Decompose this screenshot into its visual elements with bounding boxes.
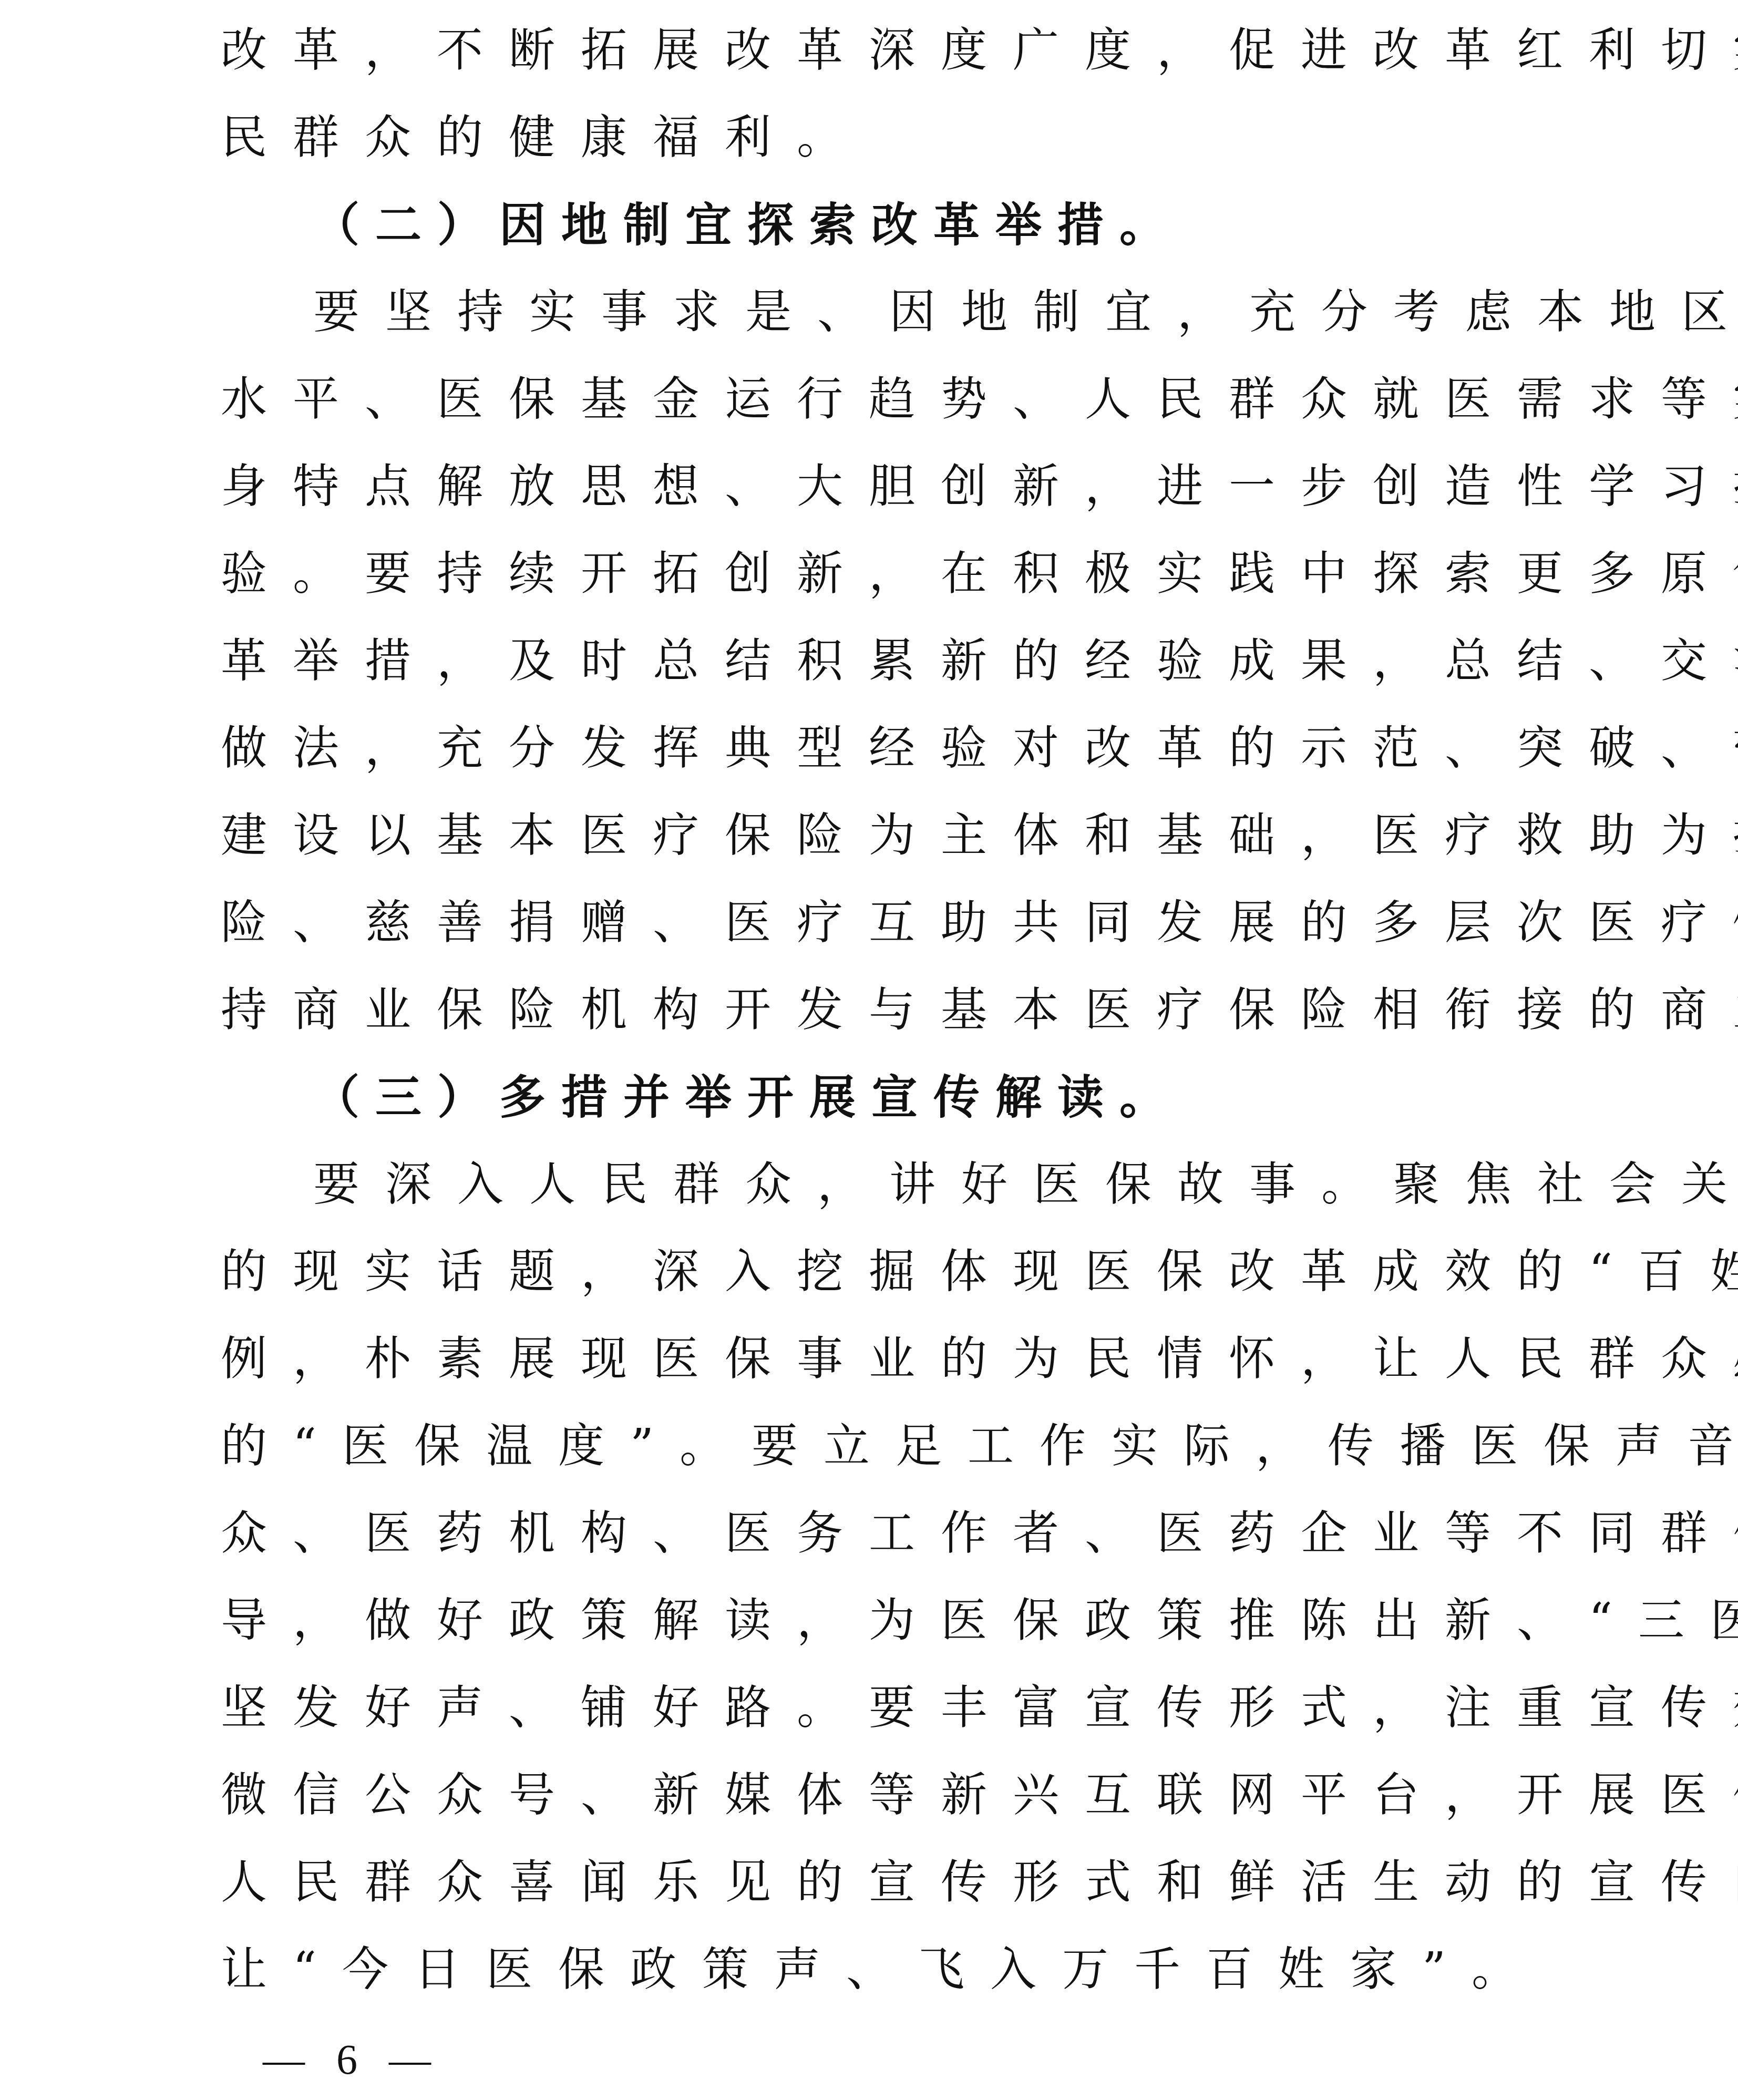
paragraph-line: 的“医保温度”。要立足工作实际，传播医保声音。针对参保群 xyxy=(221,1402,1738,1489)
paragraph-line: 例，朴素展现医保事业的为民情怀，让人民群众感受到实实在在 xyxy=(221,1315,1738,1402)
paragraph-line: 革举措，及时总结积累新的经验成果，总结、交流、推广好的创新 xyxy=(221,617,1738,704)
paragraph-line: 改革，不断拓展改革深度广度，促进改革红利切实转化为广大人 xyxy=(221,6,1738,94)
paragraph-line: 持商业保险机构开发与基本医疗保险相衔接的商业健康保险产品。 xyxy=(221,966,1738,1053)
paragraph-line: 让“今日医保政策声、飞入万千百姓家”。 xyxy=(221,1926,1544,2013)
paragraph-line: 导，做好政策解读，为医保政策推陈出新、“三医”协同改革攻 xyxy=(221,1577,1738,1664)
paragraph-line: 要坚持实事求是、因地制宜，充分考虑本地区医疗行业发展 xyxy=(313,268,1738,355)
paragraph-line: 微信公众号、新媒体等新兴互联网平台，开展医保惠民宣传，以 xyxy=(221,1751,1738,1838)
paragraph-line: 验。要持续开拓创新，在积极实践中探索更多原创性、差异化的改 xyxy=(221,530,1738,617)
paragraph-line: 众、医药机构、医务工作者、医药企业等不同群体，注重舆论引 xyxy=(221,1489,1738,1577)
paragraph-line: 要深入人民群众，讲好医保故事。聚焦社会关切、群众关心 xyxy=(313,1140,1738,1228)
section-heading: （三）多措并举开展宣传解读。 xyxy=(313,1053,1181,1140)
paragraph-line: 做法，充分发挥典型经验对改革的示范、突破、带动作用。要全面 xyxy=(221,704,1738,791)
paragraph-line: 的现实话题，深入挖掘体现医保改革成效的“百姓故事”真实案 xyxy=(221,1228,1738,1315)
paragraph-line: 险、慈善捐赠、医疗互助共同发展的多层次医疗健康保障体系。支 xyxy=(221,879,1738,966)
paragraph-line: 坚发好声、铺好路。要丰富宣传形式，注重宣传效果。充分运用 xyxy=(221,1664,1738,1751)
paragraph-line: 建设以基本医疗保险为主体和基础，医疗救助为托底，补充医疗保 xyxy=(221,791,1738,879)
paragraph-line: 水平、医保基金运行趋势、人民群众就医需求等实际情况，结合自 xyxy=(221,355,1738,442)
section-heading: （二）因地制宜探索改革举措。 xyxy=(313,181,1181,268)
page-number: — 6 — xyxy=(263,2034,441,2086)
paragraph-line: 人民群众喜闻乐见的宣传形式和鲜活生动的宣传内容，真正做到 xyxy=(221,1838,1738,1926)
paragraph-line: 民群众的健康福利。 xyxy=(221,94,869,181)
paragraph-line: 身特点解放思想、大胆创新，进一步创造性学习推广三明医改经 xyxy=(221,442,1738,530)
